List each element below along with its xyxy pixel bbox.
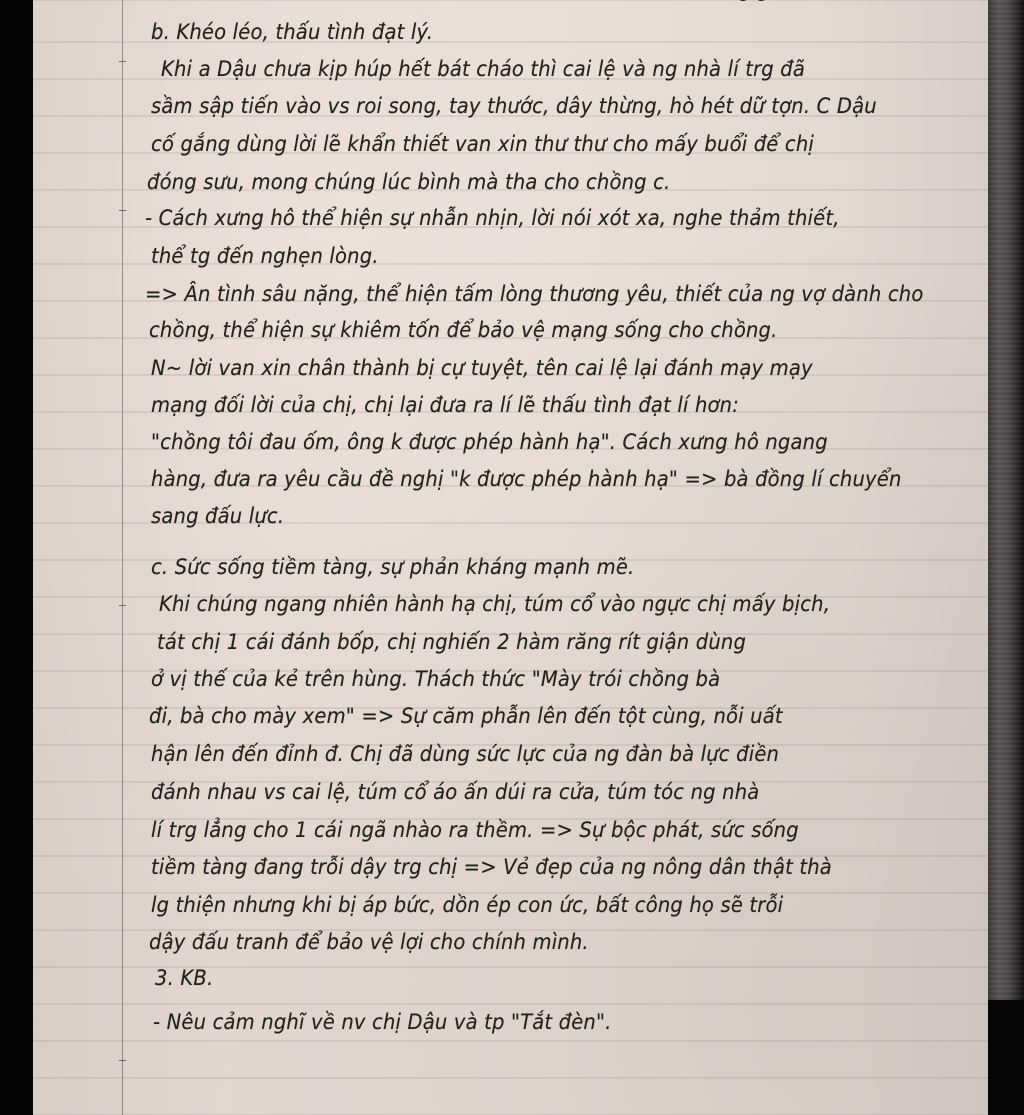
text-line: - Nêu cảm nghĩ về nv chị Dậu và tp "Tắt …	[153, 1010, 612, 1047]
text-line: sang đấu lực.	[151, 504, 284, 541]
margin-tick	[119, 1060, 126, 1061]
margin-tick	[119, 210, 126, 211]
text-line: đi, bà cho mày xem" => Sự căm phẫn lên đ…	[149, 704, 783, 741]
text-line: cố gắng dùng lời lẽ khẩn thiết van xin t…	[151, 132, 814, 169]
text-line: lí trg lẳng cho 1 cái ngã nhào ra thềm. …	[151, 818, 799, 855]
text-line: thể tg đến nghẹn lòng.	[151, 244, 379, 281]
text-line: Khi chúng ngang nhiên hành hạ chị, túm c…	[159, 592, 830, 629]
text-line: đánh nhau vs cai lệ, túm cổ áo ấn dúi ra…	[151, 780, 759, 817]
text-line: dậy đấu tranh để bảo vệ lợi cho chính mì…	[149, 930, 589, 967]
background-edge	[988, 1000, 1024, 1115]
section-heading: 3. KB.	[155, 966, 213, 1003]
text-line: sầm sập tiến vào vs roi song, tay thước,…	[151, 94, 877, 131]
text-line: hận lên đến đỉnh đ. Chị đã dùng sức lực …	[151, 742, 779, 779]
text-line: - Cách xưng hô thể hiện sự nhẫn nhịn, lờ…	[145, 206, 840, 243]
margin-line	[122, 0, 123, 1115]
photo-frame: ... (cắt) ..., ... trong gia đình ... b.…	[0, 0, 1024, 1115]
text-line: đóng sưu, mong chúng lúc bình mà tha cho…	[147, 170, 670, 207]
text-line: Khi a Dậu chưa kịp húp hết bát cháo thì …	[161, 57, 805, 94]
text-line: "chồng tôi đau ốm, ông k được phép hành …	[151, 430, 828, 467]
text-line: => Ân tình sâu nặng, thể hiện tấm lòng t…	[145, 282, 923, 319]
text-line: mạng đối lời của chị, chị lại đưa ra lí …	[151, 393, 739, 430]
notebook-page: ... (cắt) ..., ... trong gia đình ... b.…	[33, 0, 990, 1115]
text-line: tát chị 1 cái đánh bốp, chị nghiến 2 hàm…	[157, 630, 746, 667]
text-line: hàng, đưa ra yêu cầu đề nghị "k được phé…	[151, 467, 902, 504]
section-heading: c. Sức sống tiềm tàng, sự phản kháng mạn…	[151, 555, 634, 592]
margin-tick	[119, 605, 126, 606]
background-edge	[988, 0, 1024, 1115]
text-line: N~ lời van xin chân thành bị cự tuyệt, t…	[151, 356, 813, 393]
text-line: tiềm tàng đang trỗi dậy trg chị => Vẻ đẹ…	[151, 855, 832, 892]
cut-off-line: ... (cắt) ..., ... trong gia đình ...	[571, 0, 858, 15]
text-line: lg thiện nhưng khi bị áp bức, dồn ép con…	[151, 893, 783, 930]
text-line: ở vị thế của kẻ trên hùng. Thách thức "M…	[151, 667, 720, 704]
text-line: b. Khéo léo, thấu tình đạt lý.	[151, 20, 433, 57]
text-line: chồng, thể hiện sự khiêm tốn để bảo vệ m…	[149, 318, 778, 355]
margin-tick	[119, 61, 126, 62]
